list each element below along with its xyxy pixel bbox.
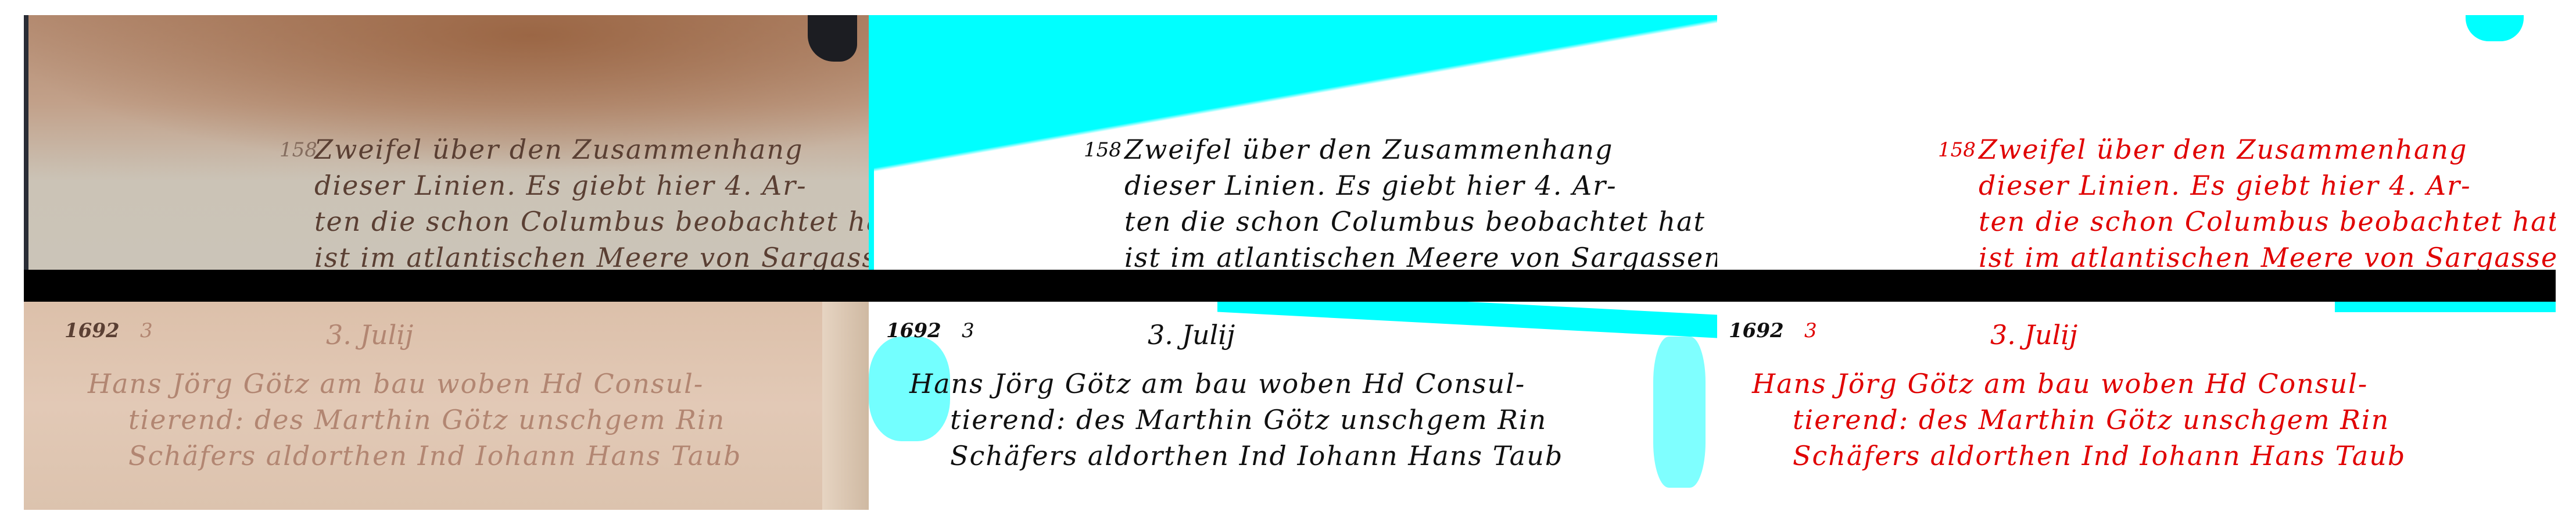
text-line: ist im atlantischen Meere von Sargassen. [1124, 240, 1717, 270]
entry-number: 3 [140, 319, 153, 342]
original-scan-bottom: 1692 3 3. Julij Hans Jörg Götz am bau wo… [24, 302, 869, 510]
background-speckle [1653, 337, 1706, 488]
mask-edge [869, 15, 874, 270]
text-line: dieser Linien. Es giebt hier 4. Ar- [1979, 167, 2556, 203]
binarized-overlay-bottom: 1692 3 3. Julij Hans Jörg Götz am bau wo… [869, 302, 1717, 510]
background-fragment [2335, 302, 2556, 312]
date: 3. Julij [1148, 319, 1235, 351]
text-line: tierend: des Marthin Götz unschgem Rin [1752, 402, 2406, 438]
text-line: Schäfers aldorthen Ind Iohann Hans Taub [909, 438, 1563, 474]
text-line: Schäfers aldorthen Ind Iohann Hans Taub [88, 438, 741, 474]
text-line: Hans Jörg Götz am bau woben Hd Consul- [909, 366, 1563, 402]
year: 1692 [886, 319, 941, 342]
ink-result-bottom: 1692 3 3. Julij Hans Jörg Götz am bau wo… [1717, 302, 2556, 510]
year: 1692 [1729, 319, 1784, 342]
text-line: ten die schon Columbus beobachtet hat [1979, 203, 2556, 240]
handwritten-text: Zweifel über den Zusammenhang dieser Lin… [314, 131, 869, 270]
text-line: tierend: des Marthin Götz unschgem Rin [909, 402, 1563, 438]
entry-number: 3 [962, 319, 974, 342]
text-line: ist im atlantischen Meere von Sargassen. [1979, 240, 2556, 270]
page-number: 158 [280, 138, 317, 162]
handwritten-text: Zweifel über den Zusammenhang dieser Lin… [1124, 131, 1717, 270]
text-line: Schäfers aldorthen Ind Iohann Hans Taub [1752, 438, 2406, 474]
binarized-overlay-top: 158 Zweifel über den Zusammenhang dieser… [869, 15, 1717, 270]
handwritten-text: Hans Jörg Götz am bau woben Hd Consul- t… [909, 366, 1563, 474]
page-edge [822, 302, 869, 510]
ink-blot [808, 15, 857, 62]
separator-bar [24, 270, 2556, 302]
background-mask [1217, 302, 1717, 338]
text-line: Zweifel über den Zusammenhang [1124, 131, 1717, 167]
year: 1692 [65, 319, 120, 342]
ink-result-top: 158 Zweifel über den Zusammenhang dieser… [1717, 15, 2556, 270]
text-line: Zweifel über den Zusammenhang [314, 131, 869, 167]
handwritten-text: Hans Jörg Götz am bau woben Hd Consul- t… [88, 366, 741, 474]
text-line: dieser Linien. Es giebt hier 4. Ar- [314, 167, 869, 203]
entry-number: 3 [1804, 319, 1817, 342]
date: 3. Julij [1990, 319, 2077, 351]
text-line: Zweifel über den Zusammenhang [1979, 131, 2556, 167]
date: 3. Julij [326, 319, 413, 351]
page-number: 158 [1084, 138, 1122, 162]
page-number: 158 [1938, 138, 1976, 162]
handwritten-text: Zweifel über den Zusammenhang dieser Lin… [1979, 131, 2556, 270]
original-scan-top: 158 Zweifel über den Zusammenhang dieser… [24, 15, 869, 270]
background-fragment [2466, 15, 2524, 41]
text-line: Hans Jörg Götz am bau woben Hd Consul- [1752, 366, 2406, 402]
text-line: dieser Linien. Es giebt hier 4. Ar- [1124, 167, 1717, 203]
text-line: tierend: des Marthin Götz unschgem Rin [88, 402, 741, 438]
text-line: ten die schon Columbus beobachtet hat [314, 203, 869, 240]
text-line: ist im atlantischen Meere von Sargassen. [314, 240, 869, 270]
text-line: Hans Jörg Götz am bau woben Hd Consul- [88, 366, 741, 402]
scan-edge [24, 15, 28, 270]
handwritten-text: Hans Jörg Götz am bau woben Hd Consul- t… [1752, 366, 2406, 474]
text-line: ten die schon Columbus beobachtet hat [1124, 203, 1717, 240]
